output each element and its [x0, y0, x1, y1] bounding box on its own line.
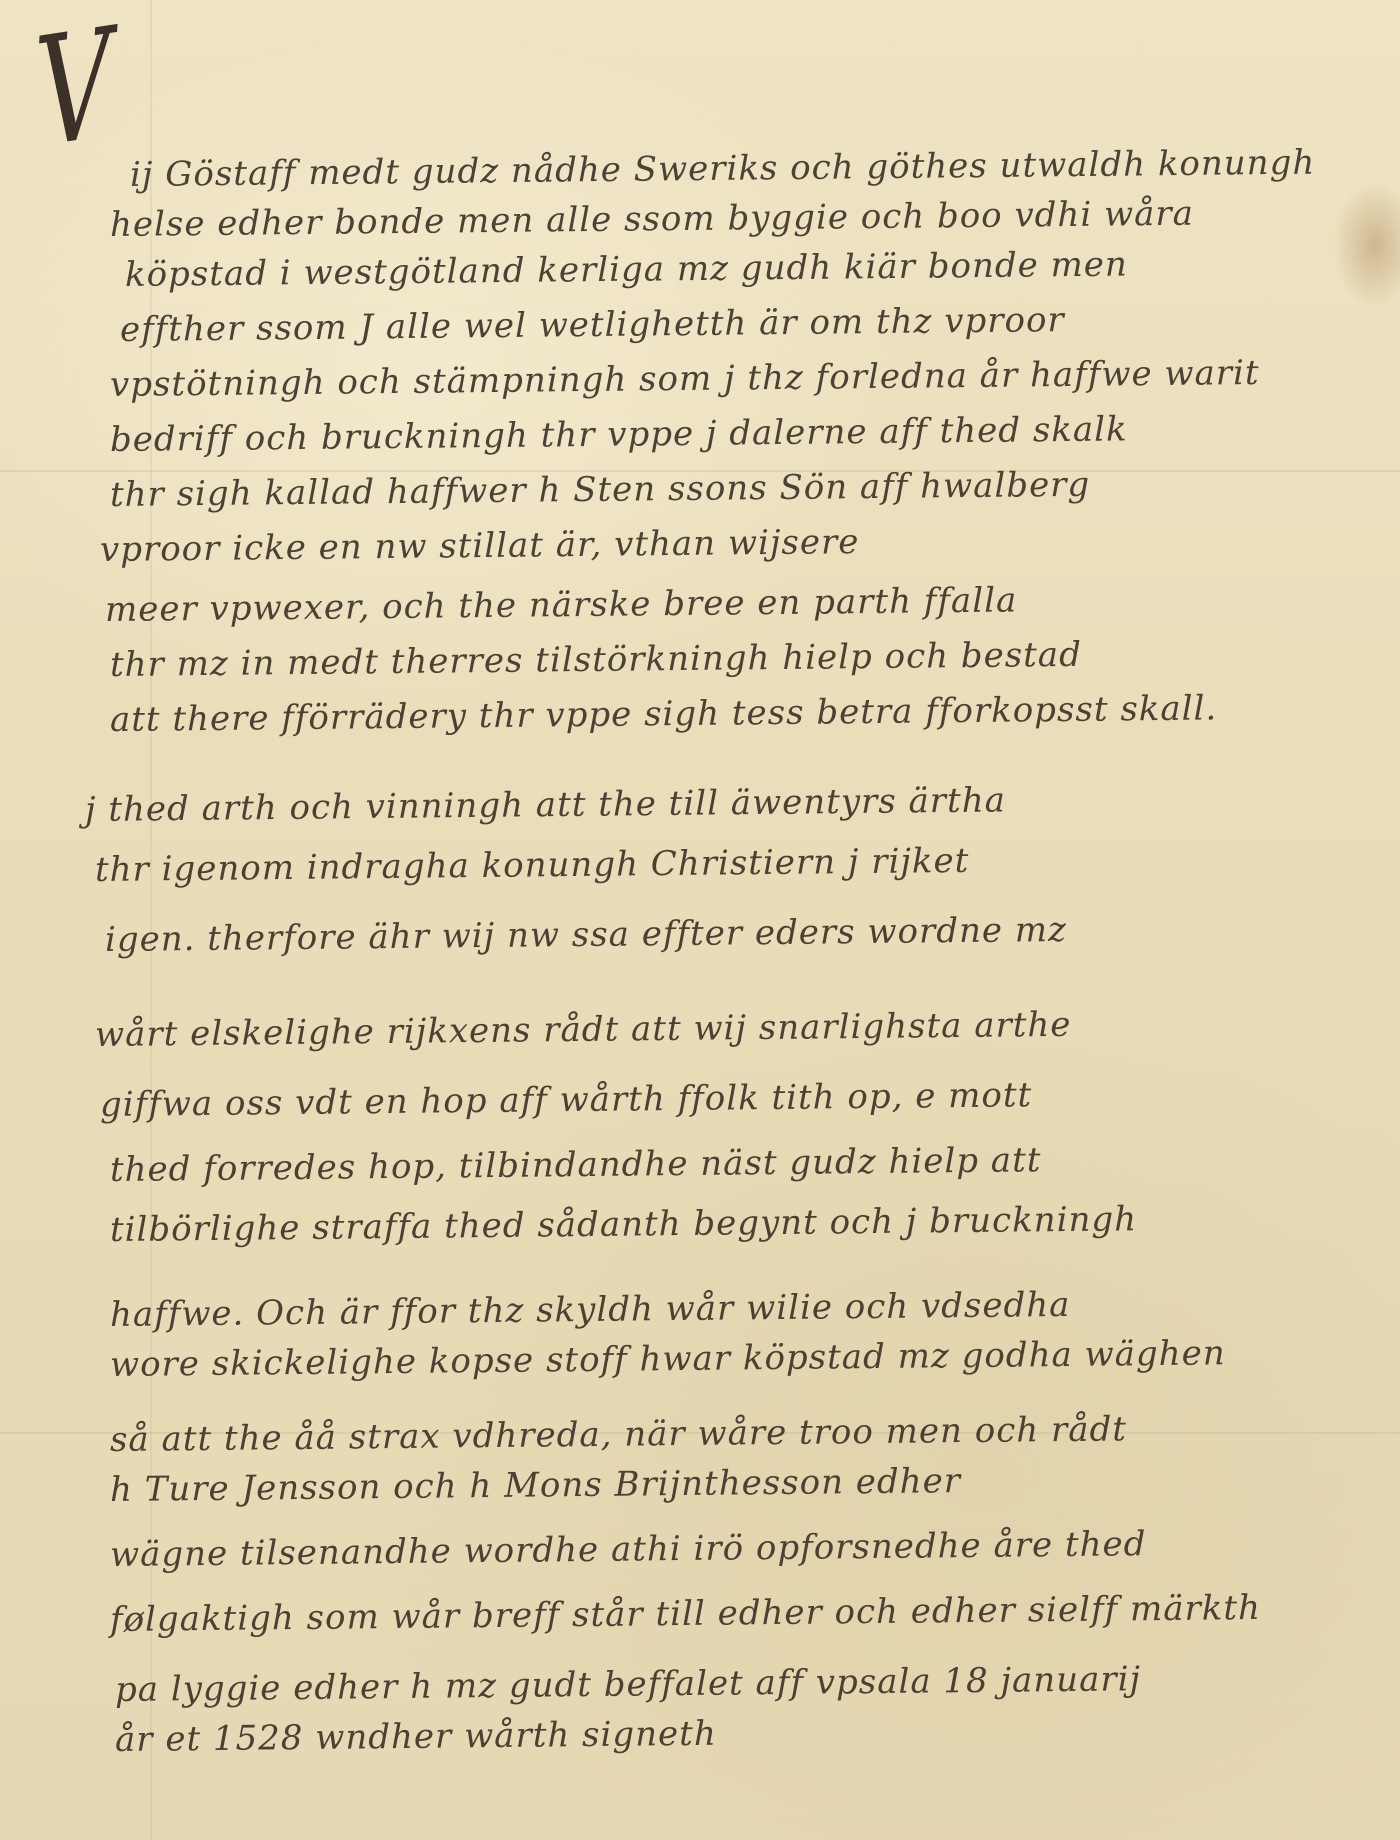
text-line: haffwe. Och är ffor thz skyldh wår wilie…	[110, 1285, 1071, 1335]
text-line: igen. therfore ähr wij nw ssa effter ede…	[105, 910, 1067, 960]
text-line: giffwa oss vdt en hop aff wårth ffolk ti…	[100, 1075, 1033, 1125]
text-line: köpstad i westgötland kerliga mz gudh ki…	[125, 244, 1128, 294]
text-line: att there fförrädery thr vppe sigh tess …	[110, 688, 1218, 740]
text-line: pa lyggie edher h mz gudt beffalet aff v…	[115, 1659, 1141, 1710]
text-line: wägne tilsenandhe wordhe athi irö opfors…	[110, 1524, 1147, 1575]
manuscript-page: V ij Göstaff medt gudz nådhe Sweriks och…	[0, 0, 1400, 1840]
text-line: effther ssom J alle wel wetlighetth är o…	[120, 300, 1065, 350]
text-line: følgaktigh som wår breff står till edher…	[110, 1588, 1261, 1640]
text-line: bedriff och bruckningh thr vppe j dalern…	[110, 409, 1128, 460]
text-line: thed forredes hop, tilbindandhe näst gud…	[110, 1140, 1042, 1190]
text-line: wore skickelighe kopse stoff hwar köpsta…	[110, 1333, 1226, 1385]
text-line: meer vpwexer, och the närske bree en par…	[105, 580, 1018, 630]
text-line: tilbörlighe straffa thed sådanth begynt …	[110, 1199, 1137, 1250]
text-line: thr igenom indragha konungh Christiern j…	[95, 841, 970, 890]
text-line: år et 1528 wndher wårth signeth	[115, 1714, 717, 1760]
letter-body: ij Göstaff medt gudz nådhe Sweriks och g…	[0, 0, 1400, 1840]
text-line: h Ture Jensson och h Mons Brijnthesson e…	[110, 1461, 961, 1510]
text-line: vproor icke en nw stillat är, vthan wijs…	[100, 522, 860, 570]
text-line: wårt elskelighe rijkxens rådt att wij sn…	[95, 1005, 1072, 1055]
text-line: thr mz in medt therres tilstörkningh hie…	[110, 635, 1082, 685]
text-line: helse edher bonde men alle ssom byggie o…	[110, 194, 1194, 245]
text-line: så att the åå strax vdhreda, när wåre tr…	[110, 1409, 1127, 1460]
text-line: ij Göstaff medt gudz nådhe Sweriks och g…	[130, 143, 1316, 195]
text-line: j thed arth och vinningh att the till äw…	[85, 780, 1006, 830]
text-line: vpstötningh och stämpningh som j thz for…	[110, 353, 1260, 405]
text-line: thr sigh kallad haffwer h Sten ssons Sön…	[110, 465, 1091, 515]
